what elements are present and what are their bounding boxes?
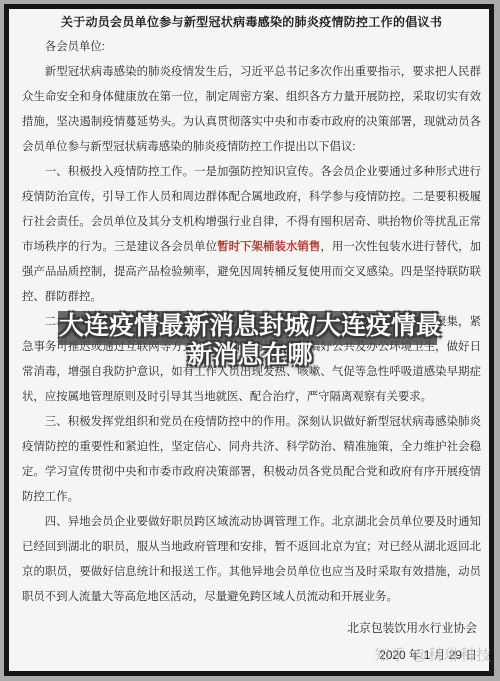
letter-title: 关于动员会员单位参与新型冠状病毒感染的肺炎疫情防控工作的倡议书 [22, 9, 481, 35]
letter-salutation: 各会员单位: [22, 35, 481, 60]
letter-item4-paragraph: 四、异地会员企业要做好职员跨区域流动协调管理工作。北京湖北会员单位要及时通知已经… [22, 510, 481, 610]
screenshot-root: 关于动员会员单位参与新型冠状病毒感染的肺炎疫情防控工作的倡议书 各会员单位: 新… [0, 0, 500, 681]
item1-text-before: 一、积极投入疫情防控工作。一是加强防控知识宣传。各会员企业要通过多种形式进行疫情… [22, 166, 481, 253]
letter-item3-paragraph: 三、积极发挥党组织和党员在疫情防控中的作用。深刻认识做好新型冠状病毒感染肺炎疫情… [22, 410, 481, 510]
letter-item1-paragraph: 一、积极投入疫情防控工作。一是加强防控知识宣传。各会员企业要通过多种形式进行疫情… [22, 160, 481, 310]
zhihu-watermark: 知乎 @科琳科技 [375, 644, 492, 665]
letter-intro-paragraph: 新型冠状病毒感染的肺炎疫情发生后，习近平总书记多次作出重要指示，要求把人民群众生… [22, 60, 481, 160]
signature-organization: 北京包装饮用水行业协会 [22, 615, 481, 642]
item1-red-highlight: 暂时下架桶装水销售 [217, 241, 320, 253]
headline-overlay-text: 大连疫情最新消息封城/大连疫情最新消息在哪 [50, 312, 450, 370]
